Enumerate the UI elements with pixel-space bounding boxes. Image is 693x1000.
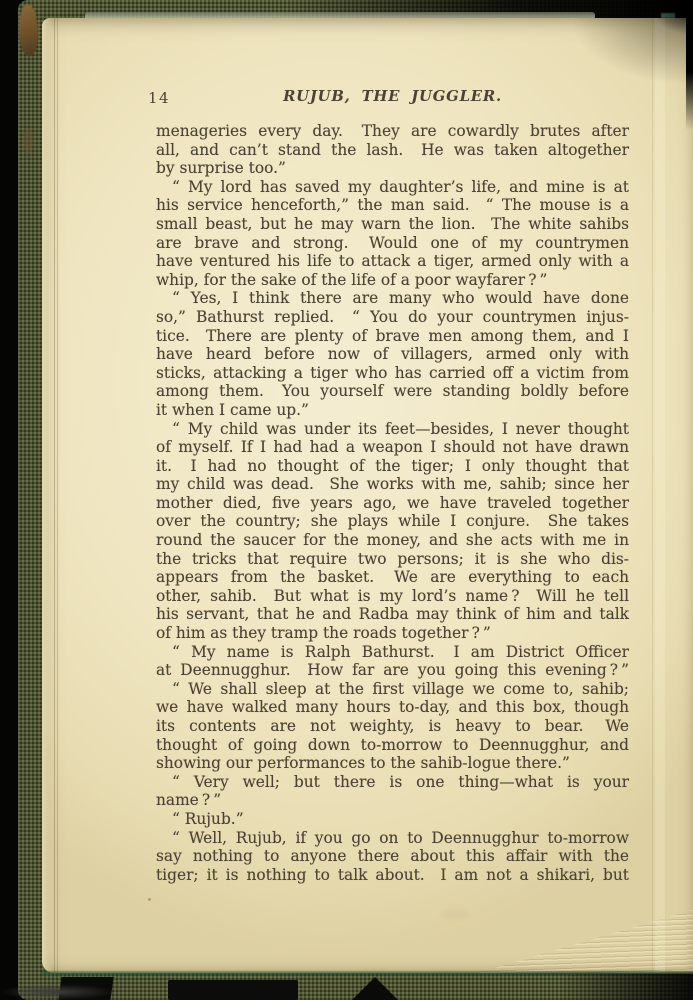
text-line: tiger; it is nothing to talk about. I am… xyxy=(156,866,629,885)
page-header: 14 RUJUB, THE JUGGLER. xyxy=(156,88,629,106)
text-line: appears from the basket. We are everythi… xyxy=(156,568,629,587)
text-line: whip, for the sake of the life of a poor… xyxy=(156,271,629,290)
paragraph: “ My lord has saved my daughter’s life, … xyxy=(156,178,629,290)
text-line: it when I came up.” xyxy=(156,401,629,420)
text-line: tice. There are plenty of brave men amon… xyxy=(156,327,629,346)
running-title: RUJUB, THE JUGGLER. xyxy=(156,88,629,105)
paragraph: “ My child was under its feet—besides, I… xyxy=(156,420,629,643)
page-gutter-crease xyxy=(54,18,59,973)
text-line: mother died, five years ago, we have tra… xyxy=(156,494,629,513)
page-fore-edge-line xyxy=(652,18,653,973)
photo-corner-shadow xyxy=(647,0,693,34)
paragraph: menageries every day. They are cowardly … xyxy=(156,122,629,178)
paper-speck xyxy=(148,898,151,901)
paper-speck xyxy=(294,148,297,150)
paragraph: “ Yes, I think there are many who would … xyxy=(156,289,629,419)
text-line: have heard before now of villagers, arme… xyxy=(156,345,629,364)
text-line: other, sahib. But what is my lord’s name… xyxy=(156,587,629,606)
text-line: say nothing to anyone there about this a… xyxy=(156,847,629,866)
text-line: small beast, but he may warn the lion. T… xyxy=(156,215,629,234)
text-line: of him as they tramp the roads together … xyxy=(156,624,629,643)
text-line: round the saucer for the money, and she … xyxy=(156,531,629,550)
text-line: “ My lord has saved my daughter’s life, … xyxy=(156,178,629,197)
text-line: are brave and strong. Would one of my co… xyxy=(156,234,629,253)
text-line: thought of going down to-morrow to Deenn… xyxy=(156,736,629,755)
text-line: have ventured his life to attack a tiger… xyxy=(156,252,629,271)
book-page: 14 RUJUB, THE JUGGLER. menageries every … xyxy=(42,18,693,973)
text-line: all, and can’t stand the lash. He was ta… xyxy=(156,141,629,160)
cover-worn-spot xyxy=(23,128,33,154)
paragraph: “ Well, Rujub, if you go on to Deennuggh… xyxy=(156,829,629,885)
text-line: name ? ” xyxy=(156,791,629,810)
text-line: his servant, that he and Radba may think… xyxy=(156,605,629,624)
text-line: so,” Bathurst replied. “ You do your cou… xyxy=(156,308,629,327)
text-line: the tricks that require two persons; it … xyxy=(156,550,629,569)
paragraph: “ Rujub.” xyxy=(156,810,629,829)
text-line: by surprise too.” xyxy=(156,159,629,178)
text-line: “ Rujub.” xyxy=(156,810,629,829)
paper-stain xyxy=(442,910,468,919)
text-line: among them. You yourself were standing b… xyxy=(156,382,629,401)
text-line: sticks, attacking a tiger who has carrie… xyxy=(156,364,629,383)
text-line: of myself. If I had had a weapon I shoul… xyxy=(156,438,629,457)
text-line: menageries every day. They are cowardly … xyxy=(156,122,629,141)
text-line: it. I had no thought of the tiger; I onl… xyxy=(156,457,629,476)
text-line: we have walked many hours to-day, and th… xyxy=(156,698,629,717)
page-fore-edge-band xyxy=(655,18,665,973)
text-line: at Deennugghur. How far are you going th… xyxy=(156,661,629,680)
binding-shadow xyxy=(0,984,115,1000)
text-line: “ My name is Ralph Bathurst. I am Distri… xyxy=(156,643,629,662)
text-line: its contents are not weighty, is heavy t… xyxy=(156,717,629,736)
text-line: his service henceforth,” the man said. “… xyxy=(156,196,629,215)
page-text: menageries every day. They are cowardly … xyxy=(156,122,629,884)
paragraph: “ My name is Ralph Bathurst. I am Distri… xyxy=(156,643,629,680)
text-line: “ My child was under its feet—besides, I… xyxy=(156,420,629,439)
text-line: showing our performances to the sahib-lo… xyxy=(156,754,629,773)
paragraph: “ Very well; but there is one thing—what… xyxy=(156,773,629,810)
binding-shadow xyxy=(560,974,693,1000)
paragraph: “ We shall sleep at the first village we… xyxy=(156,680,629,773)
text-line: over the country; she plays while I conj… xyxy=(156,512,629,531)
binding-shadow xyxy=(168,980,298,1000)
text-line: “ We shall sleep at the first village we… xyxy=(156,680,629,699)
text-line: my child was dead. She works with me, sa… xyxy=(156,475,629,494)
text-line: “ Well, Rujub, if you go on to Deennuggh… xyxy=(156,829,629,848)
book-photo-scene: 14 RUJUB, THE JUGGLER. menageries every … xyxy=(0,0,693,1000)
text-line: “ Yes, I think there are many who would … xyxy=(156,289,629,308)
text-line: “ Very well; but there is one thing—what… xyxy=(156,773,629,792)
